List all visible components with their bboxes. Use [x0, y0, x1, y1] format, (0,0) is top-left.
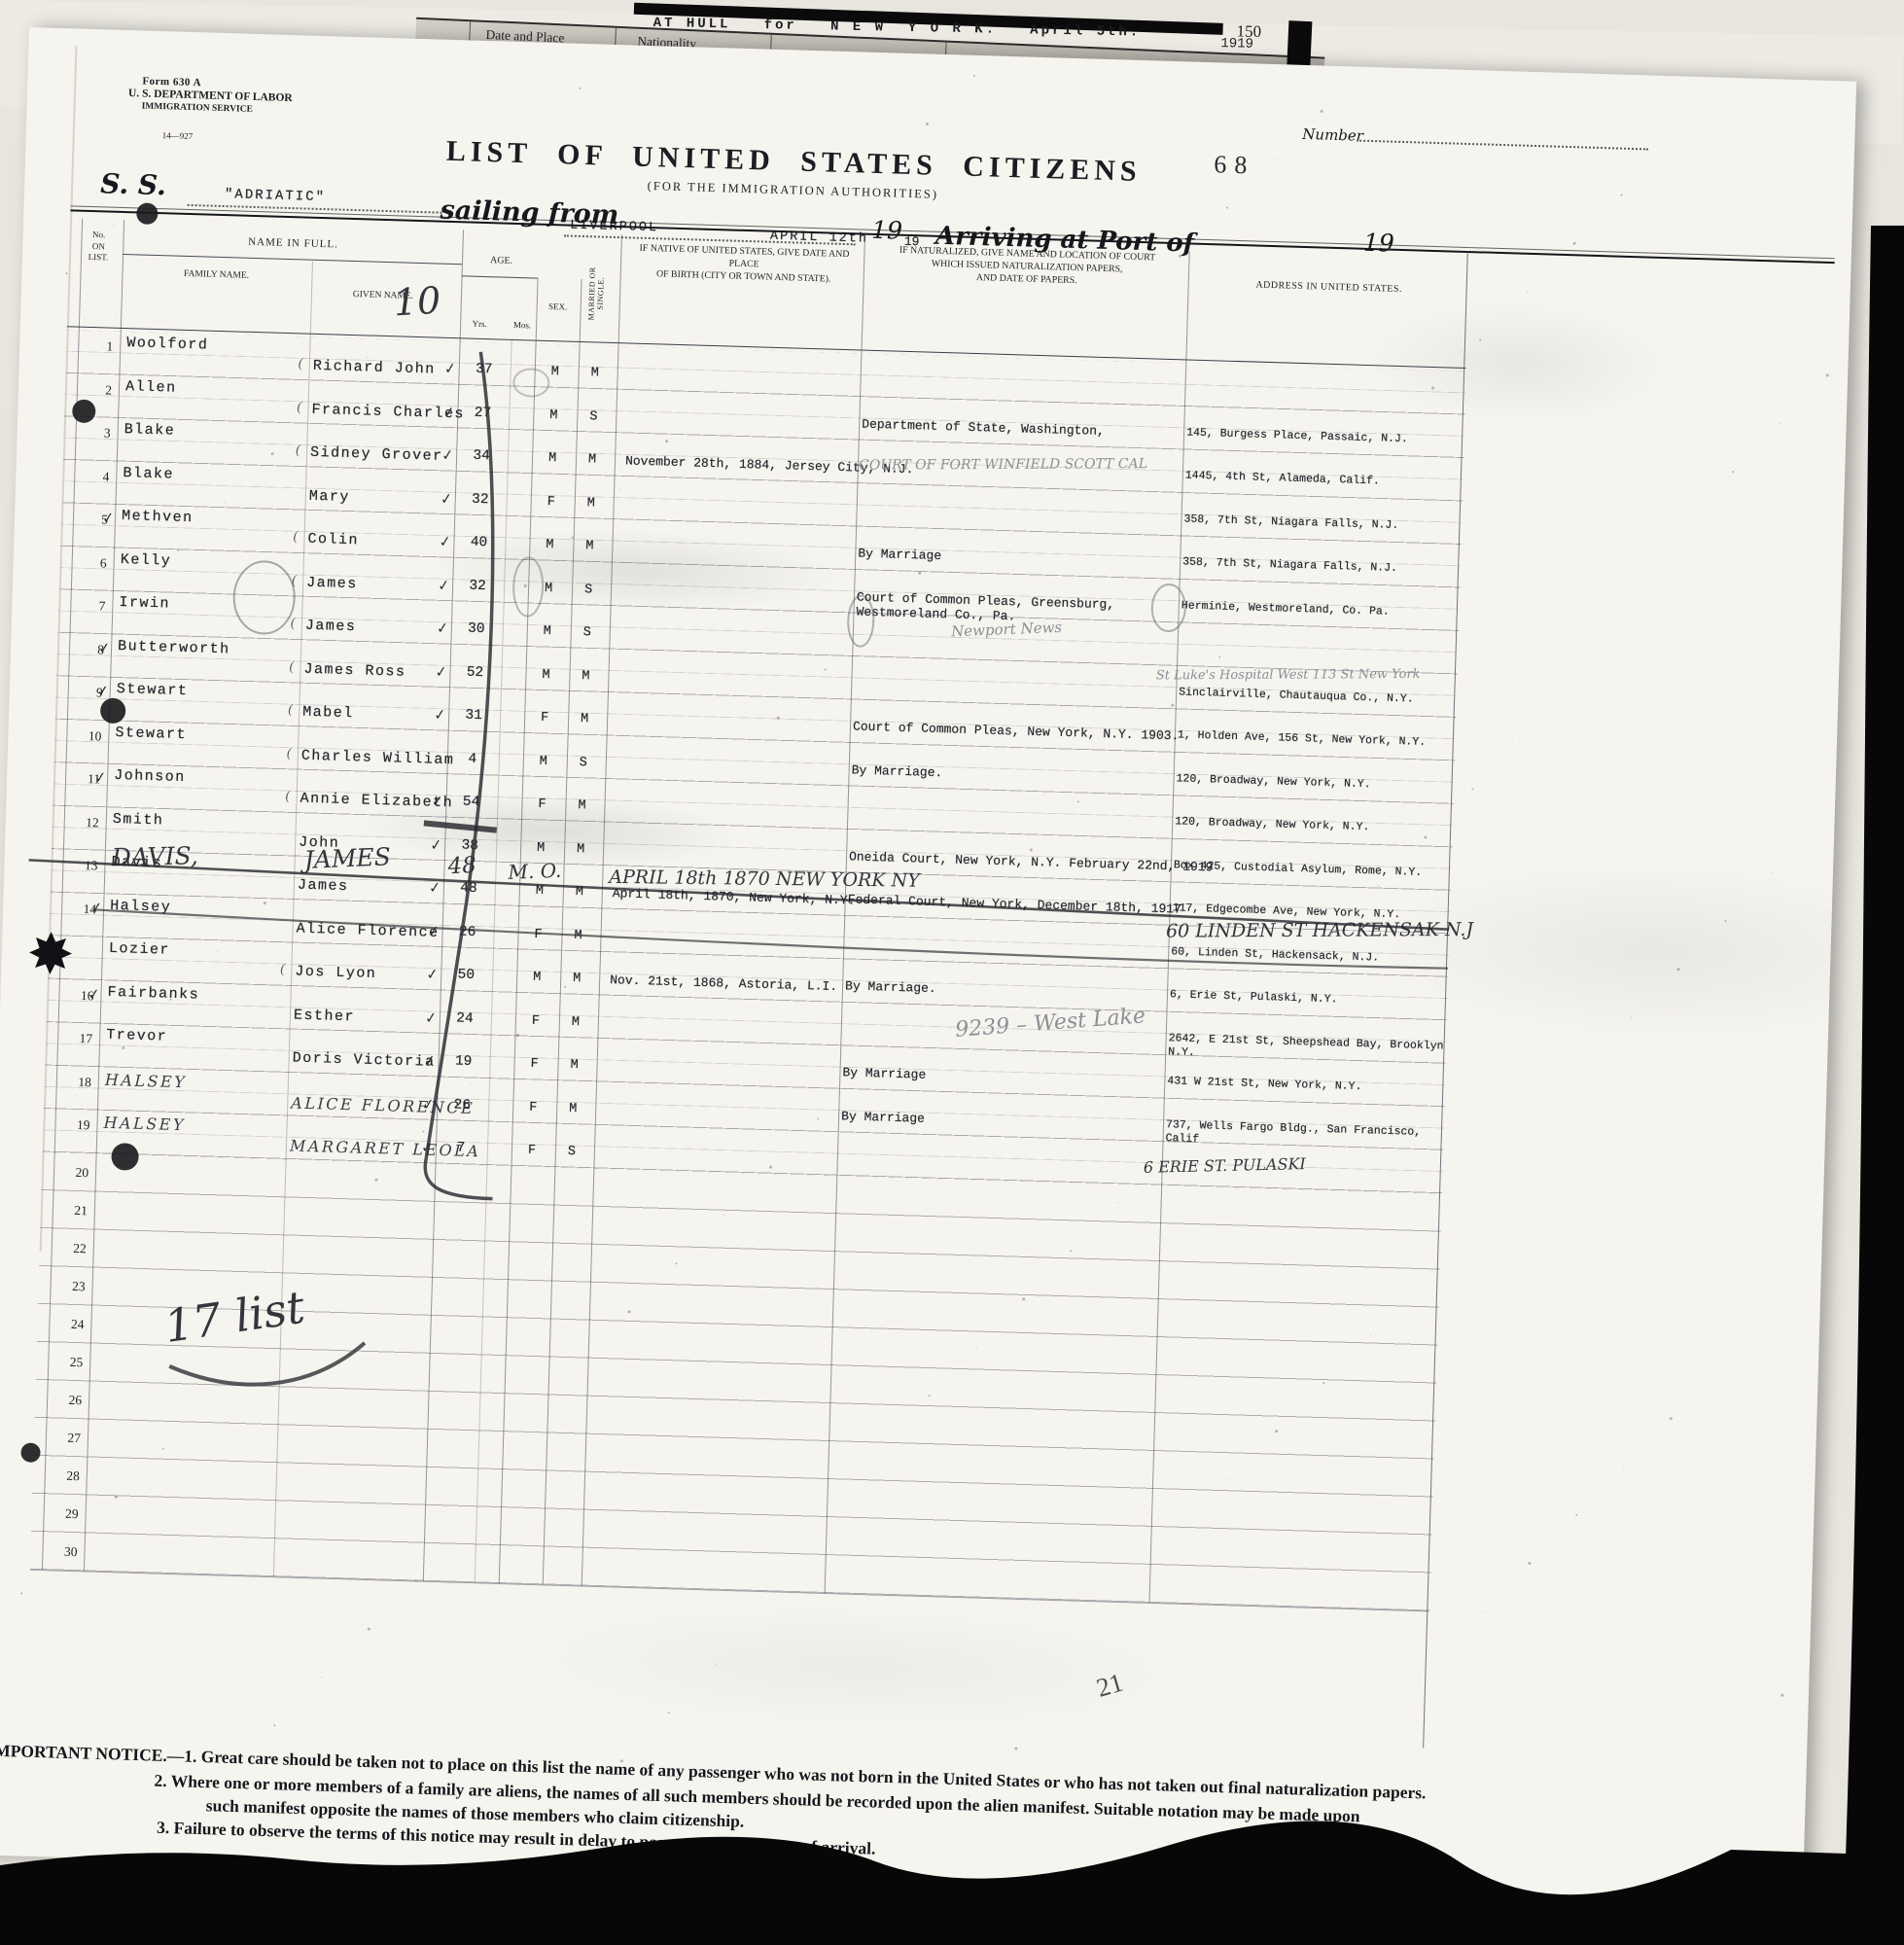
- handwritten-note: M. O.: [508, 859, 562, 884]
- handwritten-annotations: 10✸DAVIS,JAMES48M. O.APRIL 18th 1870 NEW…: [0, 27, 1856, 1909]
- handwritten-note: COURT OF FORT WINFIELD SCOTT CAL: [859, 456, 1147, 474]
- handwritten-note: 6 ERIE ST. PULASKI: [1144, 1154, 1306, 1177]
- manifest-sheet: Form 630 A U. S. DEPARTMENT OF LABOR IMM…: [0, 27, 1856, 1909]
- handwritten-note: 10: [393, 279, 442, 325]
- handwritten-note: 60 LINDEN ST HACKENSAK N.J: [1166, 919, 1473, 942]
- scanned-document: AT HULL for N E W Y O R K. April 5th. 15…: [0, 0, 1904, 1945]
- handwritten-note: ✸: [26, 920, 76, 987]
- previous-page-year: 1919: [1220, 36, 1253, 53]
- handwritten-note: St Luke's Hospital West 113 St New York: [1156, 667, 1421, 683]
- handwritten-note: Newport News: [951, 619, 1063, 641]
- handwritten-note: 21: [1093, 1668, 1127, 1704]
- handwritten-note: 48: [447, 853, 477, 880]
- handwritten-note: 9239 – West Lake: [954, 1004, 1146, 1043]
- handwritten-note: APRIL 18th 1870 NEW YORK NY: [609, 866, 920, 892]
- handwritten-note: 17 list: [161, 1281, 308, 1353]
- handwritten-note: DAVIS,: [111, 841, 198, 871]
- handwritten-note: JAMES: [303, 842, 391, 874]
- right-scan-edge: [1846, 226, 1904, 1857]
- scan-artifact-bar: [1287, 20, 1312, 66]
